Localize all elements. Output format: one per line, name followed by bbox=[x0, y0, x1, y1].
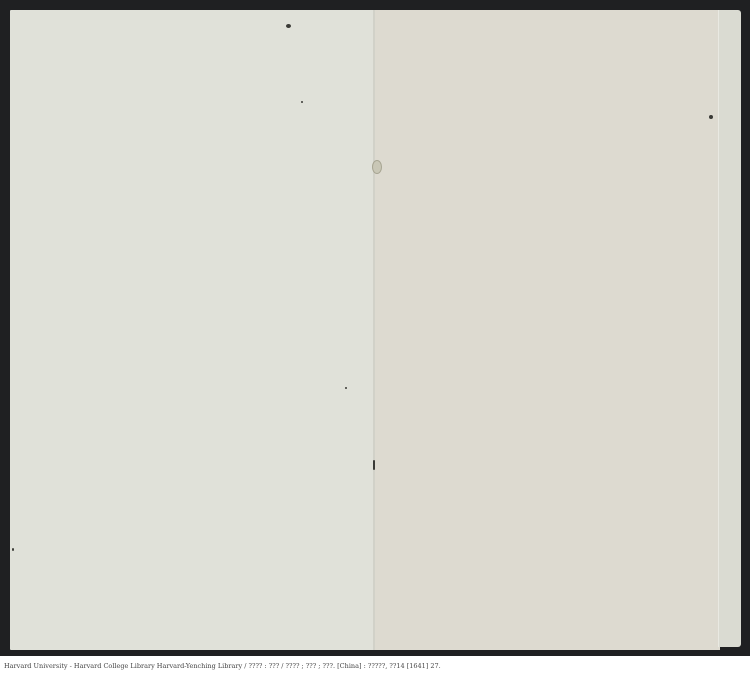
book-spine bbox=[373, 10, 375, 650]
speck-mark bbox=[12, 548, 14, 551]
image-caption: Harvard University - Harvard College Lib… bbox=[4, 662, 744, 670]
right-page bbox=[375, 10, 720, 650]
speck-mark bbox=[709, 115, 713, 119]
left-page bbox=[10, 10, 374, 650]
page-edge-strip bbox=[718, 10, 741, 647]
binding-thread-icon bbox=[372, 160, 382, 174]
speck-mark bbox=[373, 460, 375, 470]
speck-mark bbox=[345, 387, 347, 389]
scan-image bbox=[0, 0, 750, 656]
speck-mark bbox=[286, 24, 291, 28]
speck-mark bbox=[301, 101, 303, 103]
